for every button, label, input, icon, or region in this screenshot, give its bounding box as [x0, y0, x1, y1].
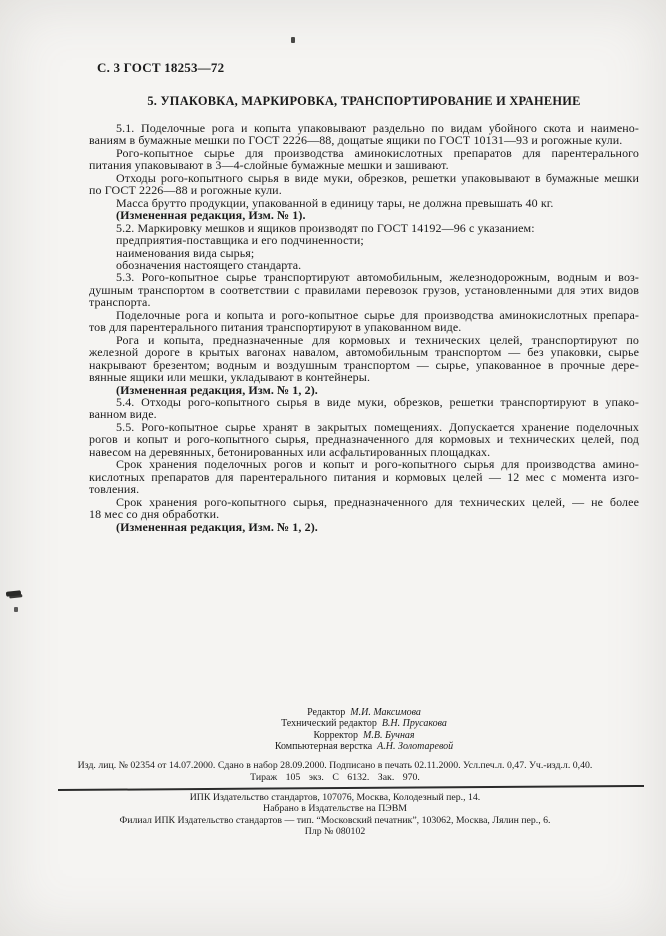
credit-role: Корректор — [313, 730, 358, 741]
divider-rule — [58, 785, 644, 791]
credit-role: Технический редактор — [281, 718, 377, 729]
body-line: товления. — [89, 483, 639, 495]
body-line: по ГОСТ 2226—88 и рогожные кули. — [89, 184, 639, 196]
body-line: (Измененная редакция, Изм. № 1). — [89, 209, 639, 221]
credit-line: КорректорМ.В. Бучная — [90, 730, 638, 741]
imprint-block: Изд. лиц. № 02354 от 14.07.2000. Сдано в… — [30, 760, 640, 784]
section-title: 5. УПАКОВКА, МАРКИРОВКА, ТРАНСПОРТИРОВАН… — [90, 94, 638, 109]
body-line: железной дороге в крытых вагонах навалом… — [89, 346, 639, 358]
credit-line: РедакторМ.И. Максимова — [90, 707, 638, 718]
body-line: тов для парентерального питания транспор… — [89, 321, 639, 333]
body-line: кислотных препаратов для парентерального… — [89, 471, 639, 483]
credit-name: М.И. Максимова — [350, 707, 421, 718]
body-line: Срок хранения поделочных рогов и копыт и… — [89, 458, 639, 470]
body-line: 5.4. Отходы рого-копытного сырья в виде … — [89, 396, 639, 408]
credit-role: Редактор — [307, 707, 345, 718]
publisher-line: Плр № 080102 — [30, 826, 640, 837]
body-line: предприятия-поставщика и его подчиненнос… — [89, 234, 639, 246]
publisher-line: Набрано в Издательстве на ПЭВМ — [30, 803, 640, 814]
imprint-line-1: Изд. лиц. № 02354 от 14.07.2000. Сдано в… — [30, 760, 640, 772]
credit-line: Технический редакторВ.Н. Прусакова — [90, 718, 638, 729]
ink-speck — [14, 607, 18, 612]
ink-smudge — [6, 590, 21, 597]
publisher-block: ИПК Издательство стандартов, 107076, Мос… — [30, 792, 640, 837]
body-line: ванном виде. — [89, 408, 639, 420]
body-line: транспорта. — [89, 296, 639, 308]
publisher-line: ИПК Издательство стандартов, 107076, Мос… — [30, 792, 640, 803]
body-line: 18 мес со дня обработки. — [89, 508, 639, 520]
body-line: (Измененная редакция, Изм. № 1, 2). — [89, 521, 639, 533]
body-line: душным транспортом в соответствии с прав… — [89, 284, 639, 296]
credit-line: Компьютерная версткаА.Н. Золотаревой — [90, 741, 638, 752]
document-page: С. 3 ГОСТ 18253—72 5. УПАКОВКА, МАРКИРОВ… — [0, 0, 666, 936]
ink-speck — [291, 37, 295, 43]
credit-name: А.Н. Золотаревой — [377, 741, 453, 752]
credit-name: В.Н. Прусакова — [382, 718, 447, 729]
body-line: рогов и копыт и рого-копытного сырья, пр… — [89, 433, 639, 445]
publisher-line: Филиал ИПК Издательство стандартов — тип… — [30, 815, 640, 826]
credits-block: РедакторМ.И. МаксимоваТехнический редакт… — [90, 707, 638, 753]
credit-role: Компьютерная верстка — [275, 741, 372, 752]
imprint-line-2: Тираж 105 экз. С 6132. Зак. 970. — [30, 772, 640, 784]
body-line: вянные ящики или мешки, укладывают в кон… — [89, 371, 639, 383]
body-text: 5.1. Поделочные рога и копыта упаковываю… — [89, 122, 639, 533]
body-line: питания упаковывают в 3—4-слойные бумажн… — [89, 159, 639, 171]
page-header: С. 3 ГОСТ 18253—72 — [97, 60, 224, 76]
credit-name: М.В. Бучная — [363, 730, 415, 741]
